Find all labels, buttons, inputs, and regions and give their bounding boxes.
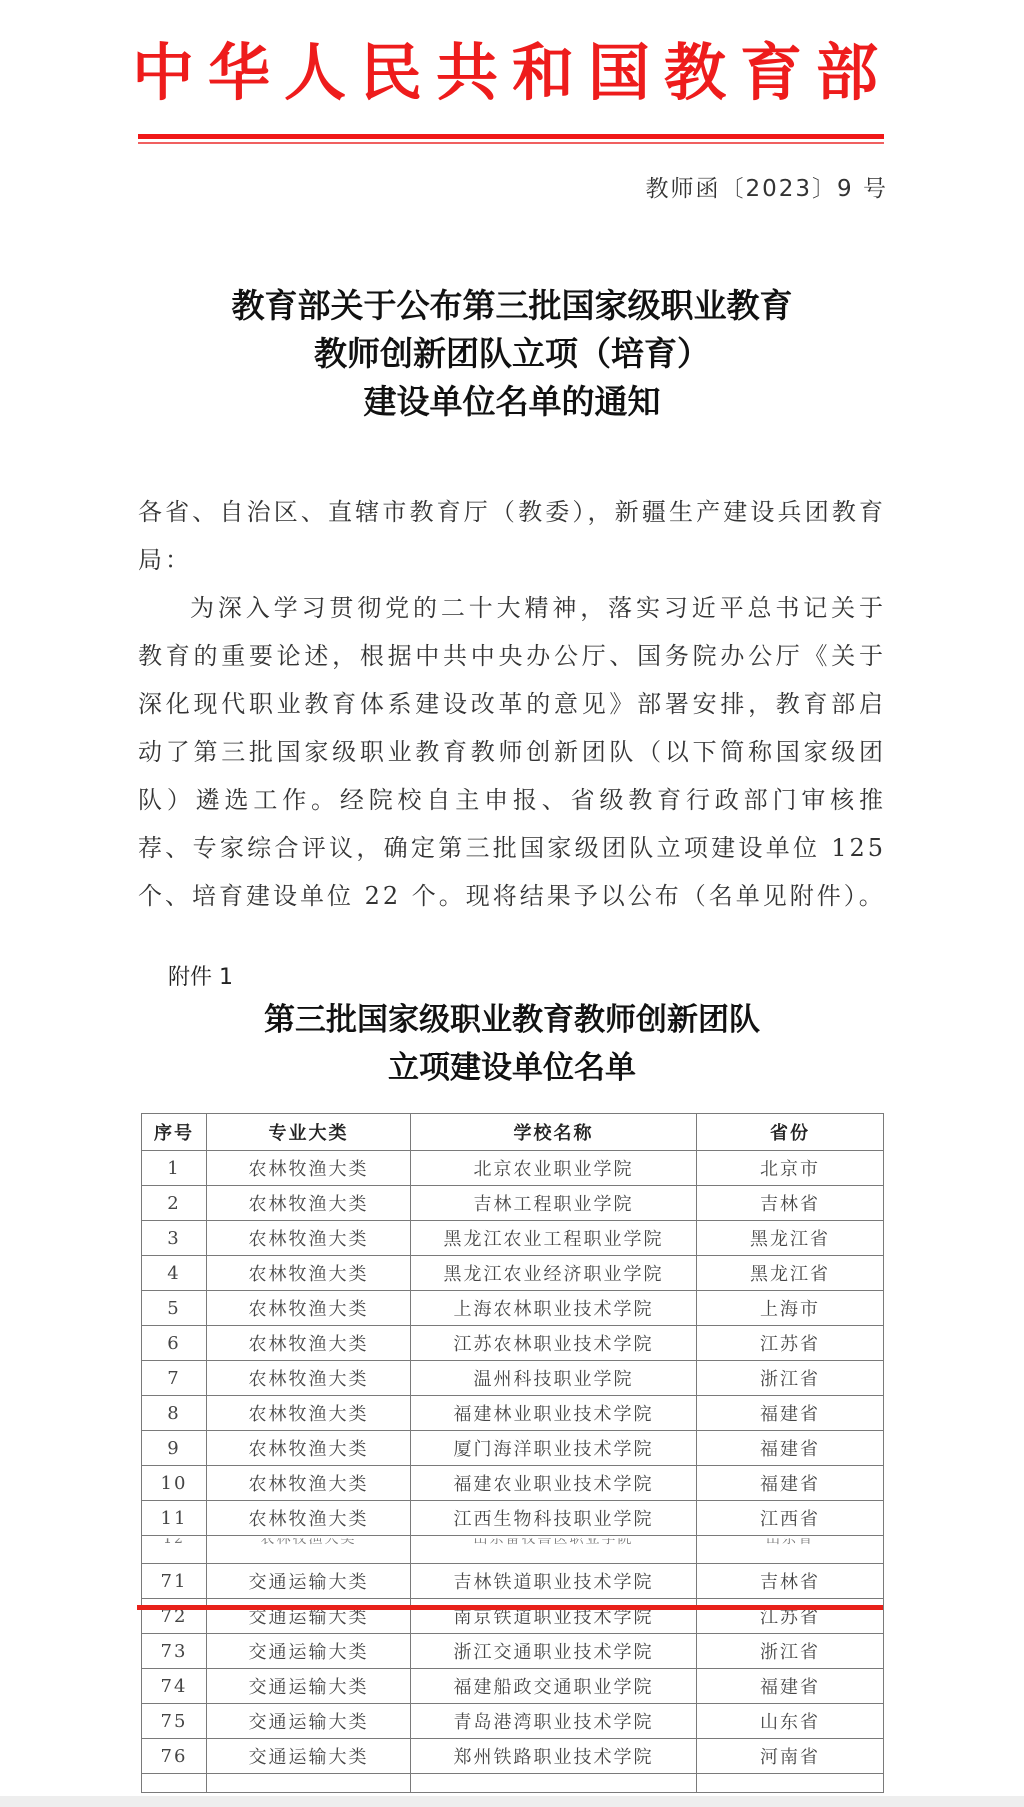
cell-school: 吉林铁道职业技术学院: [411, 1564, 697, 1599]
cell-province: 福建省: [697, 1466, 884, 1501]
cell-school: 山东畜牧兽医职业学院: [411, 1536, 697, 1564]
cell-index: 1: [142, 1151, 207, 1186]
list-title: 第三批国家级职业教育教师创新团队 立项建设单位名单: [0, 996, 1024, 1092]
cell-index: 11: [142, 1501, 207, 1536]
cell-province: 黑龙江省: [697, 1221, 884, 1256]
cell-category: 交通运输大类: [207, 1599, 411, 1634]
cell-school: 北京农业职业学院: [411, 1151, 697, 1186]
list-title-line: 第三批国家级职业教育教师创新团队: [0, 996, 1024, 1044]
notice-title: 教育部关于公布第三批国家级职业教育 教师创新团队立项（培育） 建设单位名单的通知: [0, 282, 1024, 426]
header-index: 序号: [142, 1114, 207, 1151]
table-row-highlighted: 71交通运输大类吉林铁道职业技术学院吉林省: [142, 1564, 884, 1599]
cell-province: 吉林省: [697, 1564, 884, 1599]
table-row: 2农林牧渔大类吉林工程职业学院吉林省: [142, 1186, 884, 1221]
cell-index: 2: [142, 1186, 207, 1221]
cell-province: 北京市: [697, 1151, 884, 1186]
cell-school: 浙江交通职业技术学院: [411, 1634, 697, 1669]
table-row: 7农林牧渔大类温州科技职业学院浙江省: [142, 1361, 884, 1396]
notice-title-line: 教师创新团队立项（培育）: [0, 330, 1024, 378]
cell-school: 福建林业职业技术学院: [411, 1396, 697, 1431]
cell-index: 72: [142, 1599, 207, 1634]
cell-school: 吉林工程职业学院: [411, 1186, 697, 1221]
cell-school: 江苏农林职业技术学院: [411, 1326, 697, 1361]
body-paragraph: 为深入学习贯彻党的二十大精神，落实习近平总书记关于教育的重要论述，根据中共中央办…: [138, 584, 886, 920]
cell-index: 7: [142, 1361, 207, 1396]
cell-category: 农林牧渔大类: [207, 1466, 411, 1501]
cell-index: 10: [142, 1466, 207, 1501]
highlight-divider-line: [137, 1605, 883, 1610]
cell-province: 江西省: [697, 1501, 884, 1536]
document-number: 教师函〔2023〕9 号: [646, 170, 888, 203]
cell-category: 农林牧渔大类: [207, 1291, 411, 1326]
cell-school: 福建船政交通职业学院: [411, 1669, 697, 1704]
cell-category: 农林牧渔大类: [207, 1396, 411, 1431]
attachment-label: 附件 1: [168, 960, 233, 991]
cell-province: 吉林省: [697, 1186, 884, 1221]
table-row: 73交通运输大类浙江交通职业技术学院浙江省: [142, 1634, 884, 1669]
notice-title-line: 建设单位名单的通知: [0, 378, 1024, 426]
cell-category: 农林牧渔大类: [207, 1361, 411, 1396]
cell-category: 农林牧渔大类: [207, 1501, 411, 1536]
cell-school: 厦门海洋职业技术学院: [411, 1431, 697, 1466]
cell-category: 农林牧渔大类: [207, 1186, 411, 1221]
cell-province: 上海市: [697, 1291, 884, 1326]
cell-province: 山东省: [697, 1536, 884, 1564]
cell-school: 黑龙江农业经济职业学院: [411, 1256, 697, 1291]
cell-index: 76: [142, 1739, 207, 1774]
cell-school: 江西生物科技职业学院: [411, 1501, 697, 1536]
cell-province: 黑龙江省: [697, 1256, 884, 1291]
cell-province: 浙江省: [697, 1361, 884, 1396]
notice-title-line: 教育部关于公布第三批国家级职业教育: [0, 282, 1024, 330]
cell-category: 农林牧渔大类: [207, 1536, 411, 1564]
cell-province: 福建省: [697, 1396, 884, 1431]
header-school-name: 学校名称: [411, 1114, 697, 1151]
cell-category: 农林牧渔大类: [207, 1431, 411, 1466]
cell-school: 福建农业职业技术学院: [411, 1466, 697, 1501]
table-row: 74交通运输大类福建船政交通职业学院福建省: [142, 1669, 884, 1704]
table-row: 4农林牧渔大类黑龙江农业经济职业学院黑龙江省: [142, 1256, 884, 1291]
table-row: 75交通运输大类青岛港湾职业技术学院山东省: [142, 1704, 884, 1739]
cell-category: 农林牧渔大类: [207, 1326, 411, 1361]
table-row: 11农林牧渔大类江西生物科技职业学院江西省: [142, 1501, 884, 1536]
cell-school: 温州科技职业学院: [411, 1361, 697, 1396]
letterhead-thick-rule: [138, 134, 884, 139]
letterhead-thin-rule: [138, 142, 884, 144]
header-province: 省份: [697, 1114, 884, 1151]
cell-school: 上海农林职业技术学院: [411, 1291, 697, 1326]
salutation: 各省、自治区、直辖市教育厅（教委），新疆生产建设兵团教育局：: [138, 488, 886, 584]
cell-category: 交通运输大类: [207, 1704, 411, 1739]
cell-category: 交通运输大类: [207, 1564, 411, 1599]
cell-index: 12: [142, 1536, 207, 1564]
cell-index: 75: [142, 1704, 207, 1739]
cell-province: 河南省: [697, 1739, 884, 1774]
bottom-edge-band: [0, 1796, 1024, 1807]
cell-category: 交通运输大类: [207, 1669, 411, 1704]
cell-school: 郑州铁路职业技术学院: [411, 1739, 697, 1774]
table-row-partial: [142, 1774, 884, 1793]
table-header-row: 序号 专业大类 学校名称 省份: [142, 1114, 884, 1151]
table-row: 8农林牧渔大类福建林业职业技术学院福建省: [142, 1396, 884, 1431]
list-title-line: 立项建设单位名单: [0, 1044, 1024, 1092]
table-row: 1农林牧渔大类北京农业职业学院北京市: [142, 1151, 884, 1186]
cell-province: 福建省: [697, 1431, 884, 1466]
cell-province: 福建省: [697, 1669, 884, 1704]
cell-province: 江苏省: [697, 1326, 884, 1361]
cell-category: 农林牧渔大类: [207, 1221, 411, 1256]
table-row: 9农林牧渔大类厦门海洋职业技术学院福建省: [142, 1431, 884, 1466]
school-list-table: 序号 专业大类 学校名称 省份 1农林牧渔大类北京农业职业学院北京市 2农林牧渔…: [141, 1113, 884, 1793]
cell-index: 4: [142, 1256, 207, 1291]
cell-category: 交通运输大类: [207, 1739, 411, 1774]
cell-province: 山东省: [697, 1704, 884, 1739]
table-row: 3农林牧渔大类黑龙江农业工程职业学院黑龙江省: [142, 1221, 884, 1256]
cell-category: 农林牧渔大类: [207, 1151, 411, 1186]
header-major-category: 专业大类: [207, 1114, 411, 1151]
cell-index: 8: [142, 1396, 207, 1431]
cell-province: 江苏省: [697, 1599, 884, 1634]
table-row: 5农林牧渔大类上海农林职业技术学院上海市: [142, 1291, 884, 1326]
cell-category: 交通运输大类: [207, 1634, 411, 1669]
cell-index: 9: [142, 1431, 207, 1466]
cell-index: 3: [142, 1221, 207, 1256]
cell-index: 6: [142, 1326, 207, 1361]
cell-index: 5: [142, 1291, 207, 1326]
cell-school: 青岛港湾职业技术学院: [411, 1704, 697, 1739]
cell-province: 浙江省: [697, 1634, 884, 1669]
cell-school: 黑龙江农业工程职业学院: [411, 1221, 697, 1256]
table-row-clipped: 12农林牧渔大类山东畜牧兽医职业学院山东省: [142, 1536, 884, 1564]
cell-school: 南京铁道职业技术学院: [411, 1599, 697, 1634]
table-row: 76交通运输大类郑州铁路职业技术学院河南省: [142, 1739, 884, 1774]
table-row: 72交通运输大类南京铁道职业技术学院江苏省: [142, 1599, 884, 1634]
cell-index: 71: [142, 1564, 207, 1599]
table-row: 6农林牧渔大类江苏农林职业技术学院江苏省: [142, 1326, 884, 1361]
cell-category: 农林牧渔大类: [207, 1256, 411, 1291]
cell-index: 73: [142, 1634, 207, 1669]
table-row: 10农林牧渔大类福建农业职业技术学院福建省: [142, 1466, 884, 1501]
cell-index: 74: [142, 1669, 207, 1704]
letterhead-issuer: 中华人民共和国教育部: [0, 28, 1024, 118]
